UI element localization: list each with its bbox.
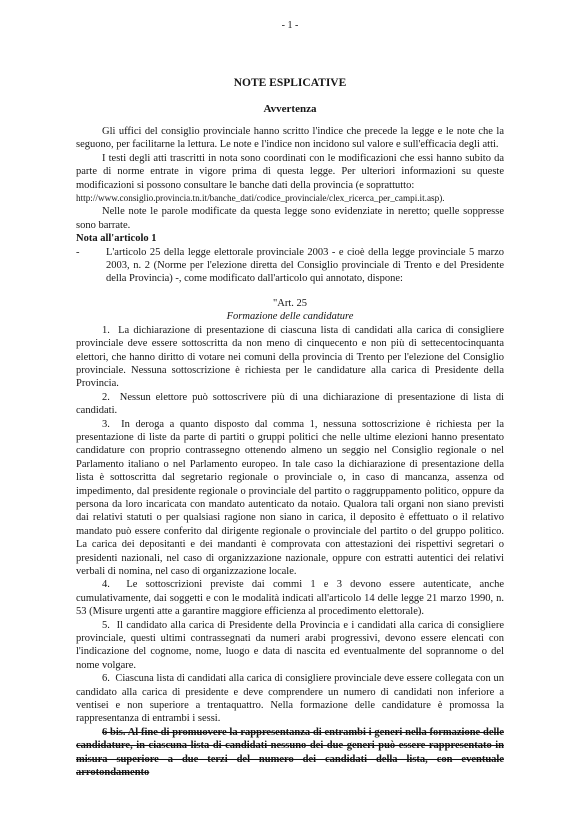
comma-2: 2. Nessun elettore può sottoscrivere più…	[76, 391, 504, 418]
comma-1: 1. La dichiarazione di presentazione di …	[76, 324, 504, 391]
comma-6bis-struck: 6 bis. Al fine di promuovere la rapprese…	[76, 726, 504, 780]
page-number: - 1 -	[76, 20, 504, 31]
article-25-heading: "Art. 25	[76, 297, 504, 310]
comma-3: 3. In deroga a quanto disposto dal comma…	[76, 418, 504, 579]
avvertenza-paragraph-2: I testi degli atti trascritti in nota so…	[76, 152, 504, 192]
comma-6: 6. Ciascuna lista di candidati alla cari…	[76, 672, 504, 726]
comma-4: 4. Le sottoscrizioni previste dai commi …	[76, 578, 504, 618]
comma-5: 5. Il candidato alla carica di President…	[76, 619, 504, 673]
nota-list-item: - L'articolo 25 della legge elettorale p…	[76, 246, 504, 286]
document-title: NOTE ESPLICATIVE	[76, 77, 504, 89]
database-url-text: http://www.consiglio.provincia.tn.it/ban…	[76, 192, 504, 205]
nota-articolo-1-heading: Nota all'articolo 1	[76, 232, 504, 245]
avvertenza-heading: Avvertenza	[76, 103, 504, 115]
list-dash-marker: -	[76, 246, 106, 259]
avvertenza-paragraph-1: Gli uffici del consiglio provinciale han…	[76, 125, 504, 152]
article-25-subheading: Formazione delle candidature	[76, 310, 504, 323]
nota-list-item-text: L'articolo 25 della legge elettorale pro…	[106, 246, 504, 286]
avvertenza-paragraph-3: Nelle note le parole modificate da quest…	[76, 205, 504, 232]
document-page: - 1 - NOTE ESPLICATIVE Avvertenza Gli uf…	[0, 0, 584, 826]
